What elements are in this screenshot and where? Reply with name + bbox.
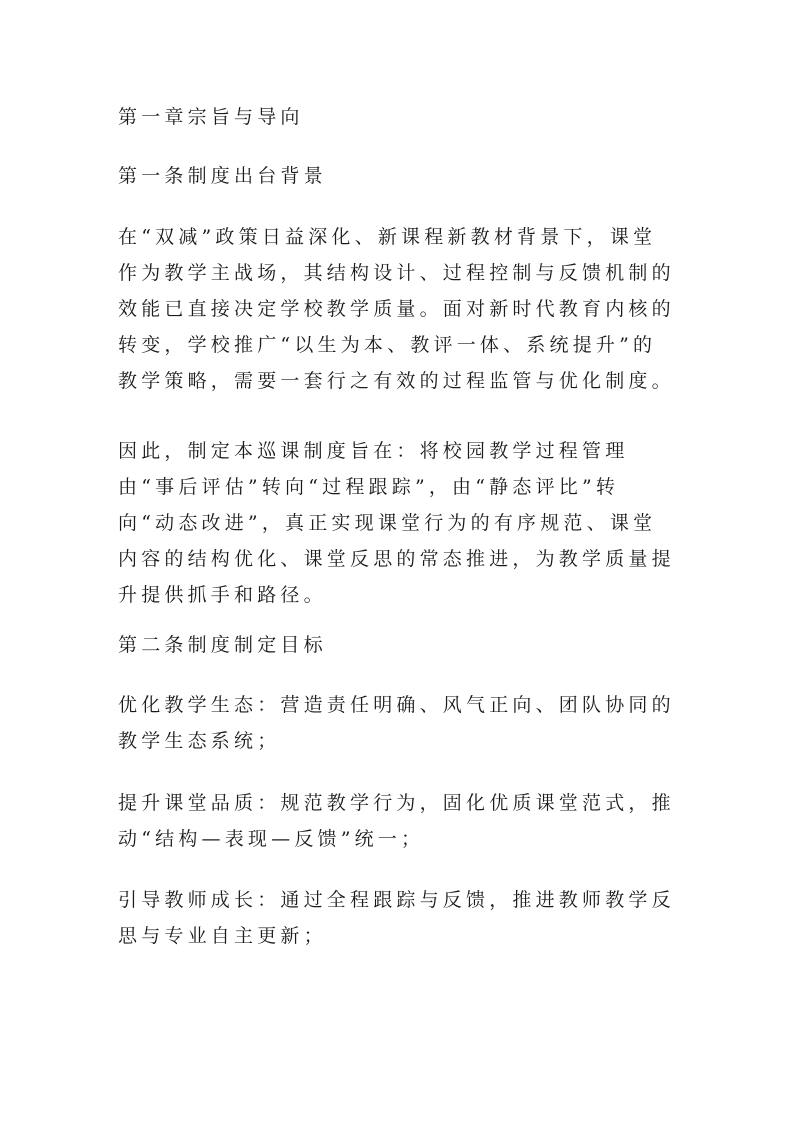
article-2-goal-item: 引导教师成长：通过全程跟踪与反馈，推进教师教学反思与专业自主更新； bbox=[118, 882, 678, 954]
chapter-heading: 第一章宗旨与导向 bbox=[118, 99, 678, 135]
article-2-goal-item: 提升课堂品质：规范教学行为，固化优质课堂范式，推动“结构—表现—反馈”统一； bbox=[118, 785, 678, 857]
article-1-paragraph-purpose: 因此，制定本巡课制度旨在：将校园教学过程管理由“事后评估”转向“过程跟踪”，由“… bbox=[118, 433, 678, 613]
article-1-heading: 第一条制度出台背景 bbox=[118, 158, 678, 194]
article-1-paragraph-background: 在“双减”政策日益深化、新课程新教材背景下，课堂作为教学主战场，其结构设计、过程… bbox=[118, 219, 678, 399]
article-2-heading: 第二条制度制定目标 bbox=[118, 627, 678, 663]
article-2-goal-item: 优化教学生态：营造责任明确、风气正向、团队协同的教学生态系统； bbox=[118, 687, 678, 759]
